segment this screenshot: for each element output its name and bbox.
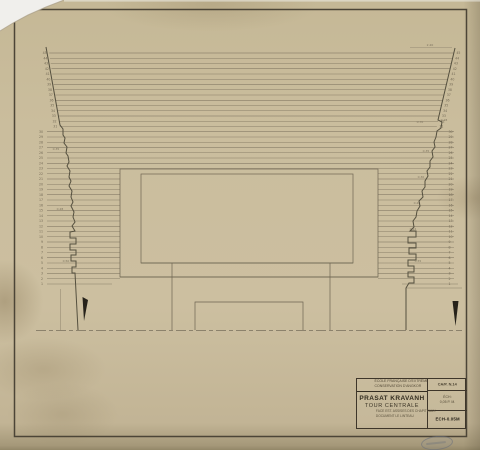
course-number: 36 <box>445 98 449 102</box>
course-number: 6 <box>41 256 43 260</box>
course-number: 24 <box>449 161 453 165</box>
paper-top-edge <box>64 0 480 2</box>
course-number: 1 <box>449 282 451 286</box>
course-number: 34 <box>443 109 447 113</box>
institution-line2: CONSERVATION D'ANGKOR <box>375 385 410 387</box>
course-number: 10 <box>449 235 453 239</box>
torn-corner <box>0 0 64 31</box>
dimension-label: 2.20 <box>427 43 434 47</box>
course-number: 28 <box>449 140 453 144</box>
course-number: 5 <box>41 261 43 265</box>
course-number: 17 <box>39 198 43 202</box>
course-number: 40 <box>46 77 50 81</box>
drawing-ref-cell: CA/P. N.14 <box>428 379 467 391</box>
course-number: 26 <box>449 151 453 155</box>
brick-course-lines <box>47 53 458 284</box>
course-number: 10 <box>39 235 43 239</box>
course-number: 45 <box>456 51 460 55</box>
title-block-right: CA/P. N.14 ÉCH: 0,05 P. M. ECH-0.05M <box>428 379 467 428</box>
course-number: 3 <box>41 272 43 276</box>
course-number: 35 <box>50 104 54 108</box>
course-number: 28 <box>39 140 43 144</box>
course-number: 5 <box>449 261 451 265</box>
course-number: 43 <box>454 62 458 66</box>
plate-ref-cell: ECH-0.05M <box>428 411 467 428</box>
scale-cell: ÉCH: 0,05 P. M. <box>428 391 467 411</box>
course-number: 18 <box>39 193 43 197</box>
left-plumb-mark <box>83 297 89 321</box>
door-opening <box>195 302 303 330</box>
course-number: 39 <box>449 83 453 87</box>
title-block-left: ÉCOLE FRANÇAISE D'EXTRÊME-ORIENT CONSERV… <box>357 379 428 428</box>
sheet-border <box>15 10 467 437</box>
course-number: 34 <box>51 109 55 113</box>
course-number: 44 <box>43 56 47 60</box>
course-number: 4 <box>41 266 43 270</box>
course-number: 41 <box>46 72 50 76</box>
institution-header: ÉCOLE FRANÇAISE D'EXTRÊME-ORIENT CONSERV… <box>357 379 427 392</box>
course-number: 27 <box>449 146 453 150</box>
course-number: 2 <box>449 277 451 281</box>
dimension-label: 0.35 <box>53 147 60 151</box>
scale-label-2: 0,05 P. M. <box>440 401 456 403</box>
course-number: 18 <box>449 193 453 197</box>
course-number: 44 <box>455 56 459 60</box>
course-number: 37 <box>447 93 451 97</box>
course-number: 7 <box>41 251 43 255</box>
central-door-frame <box>120 169 378 330</box>
course-number: 16 <box>449 203 453 207</box>
subtitle-line2: DOCUMENT LE LINTEAU <box>376 415 408 417</box>
course-number: 21 <box>39 177 43 181</box>
course-number: 23 <box>39 167 43 171</box>
course-number: 42 <box>453 67 457 71</box>
door-frame-outer <box>120 169 378 277</box>
course-number: 11 <box>39 230 43 234</box>
course-number: 40 <box>450 77 454 81</box>
course-number: 21 <box>449 177 453 181</box>
course-number: 29 <box>449 135 453 139</box>
course-number: 26 <box>39 151 43 155</box>
title-line1: PRASAT KRAVANH <box>357 394 427 403</box>
dimension-label: 0.50 <box>63 259 70 263</box>
course-number: 30 <box>39 130 43 134</box>
course-number: 45 <box>43 51 47 55</box>
course-number: 20 <box>449 182 453 186</box>
course-number: 41 <box>452 72 456 76</box>
course-number: 15 <box>39 209 43 213</box>
course-number: 24 <box>39 161 43 165</box>
dimension-label: 0.28 <box>57 207 64 211</box>
course-number: 35 <box>444 104 448 108</box>
course-number: 27 <box>39 146 43 150</box>
dimension-label: 0.30 <box>418 175 425 179</box>
course-number: 7 <box>449 251 451 255</box>
door-frame-inner <box>141 174 353 263</box>
scale-label-1: ÉCH: <box>443 396 451 398</box>
course-number: 25 <box>39 156 43 160</box>
course-number: 15 <box>449 209 453 213</box>
course-number: 38 <box>448 88 452 92</box>
institution-line1: ÉCOLE FRANÇAISE D'EXTRÊME-ORIENT <box>375 380 410 382</box>
course-number: 22 <box>449 172 453 176</box>
course-number: 23 <box>449 167 453 171</box>
course-number: 8 <box>41 245 43 249</box>
course-number: 22 <box>39 172 43 176</box>
course-number: 20 <box>39 182 43 186</box>
course-number: 14 <box>449 214 453 218</box>
course-number: 29 <box>39 135 43 139</box>
course-number: 39 <box>47 83 51 87</box>
plate-ref: ECH-0.05M <box>435 417 459 421</box>
title-block: ÉCOLE FRANÇAISE D'EXTRÊME-ORIENT CONSERV… <box>356 378 466 429</box>
course-number: 16 <box>39 203 43 207</box>
course-number: 9 <box>41 240 43 244</box>
course-number: 11 <box>449 230 453 234</box>
course-number: 1 <box>41 282 43 286</box>
course-number: 8 <box>449 245 451 249</box>
course-number: 36 <box>49 98 53 102</box>
subtitle-line1: FACE EST. ASSISES DES CHAPITEAUX <box>376 410 408 412</box>
course-number: 3 <box>449 272 451 276</box>
course-number: 30 <box>449 130 453 134</box>
course-number: 38 <box>48 88 52 92</box>
course-number: 37 <box>49 93 53 97</box>
course-number: 31 <box>53 125 57 129</box>
course-number: 4 <box>449 266 451 270</box>
dimension-label: 0.35 <box>423 149 430 153</box>
drawing-ref: CA/P. N.14 <box>438 383 457 387</box>
course-number: 9 <box>449 240 451 244</box>
drawing-title: PRASAT KRAVANH TOUR CENTRALE FACE EST. A… <box>357 392 427 428</box>
course-number: 6 <box>449 256 451 260</box>
course-number: 19 <box>449 188 453 192</box>
course-number: 14 <box>39 214 43 218</box>
course-number: 25 <box>449 156 453 160</box>
course-number: 42 <box>45 67 49 71</box>
course-number: 32 <box>52 119 56 123</box>
course-number: 2 <box>41 277 43 281</box>
course-number: 33 <box>52 114 56 118</box>
dimension-label: 0.70 <box>417 120 424 124</box>
course-number: 13 <box>39 219 43 223</box>
course-number: 17 <box>449 198 453 202</box>
course-number: 13 <box>449 219 453 223</box>
right-plumb-mark <box>453 301 459 326</box>
course-number: 19 <box>39 188 43 192</box>
course-number: 43 <box>44 62 48 66</box>
scanned-drawing-sheet: 4544434241403938373635343332313029282726… <box>0 0 480 450</box>
course-number: 12 <box>39 224 43 228</box>
course-number: 12 <box>449 224 453 228</box>
